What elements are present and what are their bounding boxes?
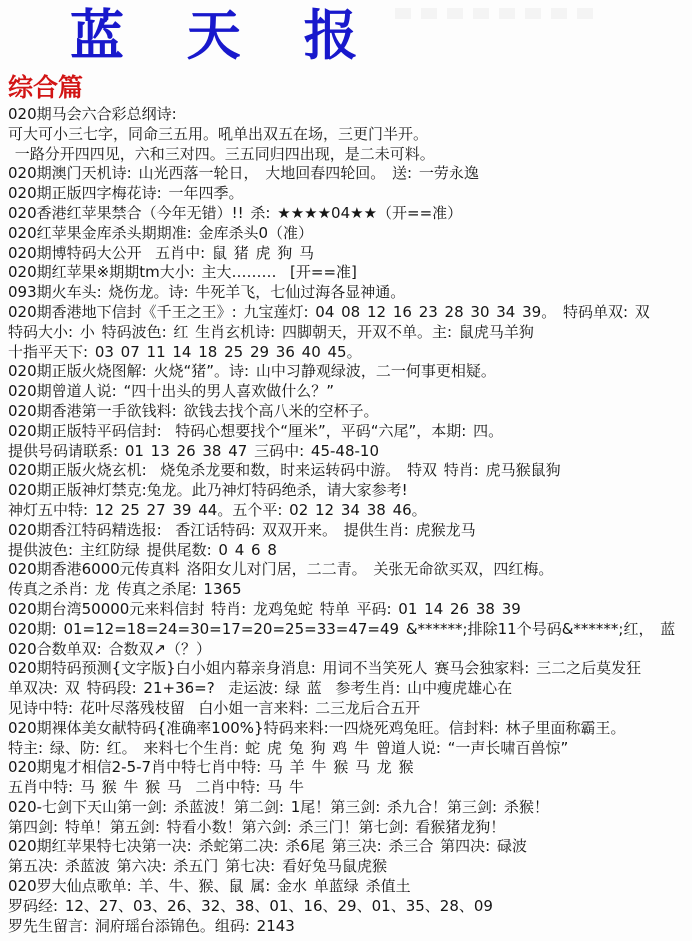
report-text-line: 020罗大仙点歌单: 羊、牛、猴、鼠 属: 金水 单蓝绿 杀值土 (8, 877, 692, 897)
report-text-line: 特码大小: 小 特码波色: 红 生肖玄机诗: 四脚朝天，开双不单。主: 鼠虎马羊… (8, 323, 692, 343)
report-body: 020期马会六合彩总纲诗:可大可小三七字，同命三五用。吼单出双五在场，三更门半开… (8, 105, 692, 936)
report-text-line: 十指平天下: 03 07 11 14 18 25 29 36 40 45。 (8, 343, 692, 363)
report-text-line: 020香港红苹果禁合（今年无错）!! 杀: ★★★★04★★（开==准） (8, 204, 692, 224)
report-text-line: 一路分开四四见，六和三对四。三五同归四出现，是二未可料。 (8, 145, 692, 165)
report-text-line: 第四剑: 特单！第五剑: 特看小数！第六剑: 杀三门！第七剑: 看猴猪龙狗！ (8, 818, 692, 838)
report-text-line: 020期香港第一手欲钱料: 欲钱去找个高八米的空杯子。 (8, 402, 692, 422)
report-text-line: 单双决: 双 特码段: 21+36=? 走运波: 绿 蓝 参考生肖: 山中瘦虎雄… (8, 679, 692, 699)
report-text-line: 020期正版火烧图解: 火烧“猪”。诗: 山中习静观绿波，二一何事更相疑。 (8, 362, 692, 382)
report-text-line: 020期马会六合彩总纲诗: (8, 105, 692, 125)
report-text-line: 传真之杀肖: 龙 传真之杀尾: 1365 (8, 580, 692, 600)
report-text-line: 020期红苹果※期期tm大小: 主大……… [开==准] (8, 263, 692, 283)
report-text-line: 020期台湾50000元来料信封 特肖: 龙鸡兔蛇 特单 平码: 01 14 2… (8, 600, 692, 620)
report-text-line: 罗码经: 12、27、03、26、32、38、01、16、29、01、35、28… (8, 897, 692, 917)
report-text-line: 第五决: 杀蓝波 第六决: 杀五门 第七决: 看好兔马鼠虎猴 (8, 857, 692, 877)
report-text-line: 提供波色: 主红防绿 提供尾数: 0 4 6 8 (8, 541, 692, 561)
report-text-line: 020期裸体美女献特码{准确率100%}特码来料:一四烧死鸡兔旺。信封料: 林子… (8, 719, 692, 739)
report-text-line: 神灯五中特: 12 25 27 39 44。五个平: 02 12 34 38 4… (8, 501, 692, 521)
report-text-line: 093期火车头: 烧伤龙。诗: 牛死羊飞，七仙过海各显神通。 (8, 283, 692, 303)
report-text-line: 罗先生留言: 洞府瑶台添锦色。组码: 2143 (8, 917, 692, 937)
report-text-line: 020期正版神灯禁克:兔龙。此乃神灯特码绝杀，请大家参考! (8, 481, 692, 501)
report-text-line: 020期香港6000元传真料 洛阳女儿对门居，二二青。 关张无命欲买双，四红梅。 (8, 560, 692, 580)
report-text-line: 020期正版四字梅花诗: 一年四季。 (8, 184, 692, 204)
report-text-line: 020期香江特码精选报: 香江话特码: 双双开来。 提供生肖: 虎猴龙马 (8, 521, 692, 541)
report-title: 蓝 天 报 (70, 4, 692, 66)
report-text-line: 020期正版特平码信封: 特码心想要找个“厘米”，平码“六尾”，本期: 四。 (8, 422, 692, 442)
lantian-report-page: 蓝 天 报 综合篇 020期马会六合彩总纲诗:可大可小三七字，同命三五用。吼单出… (0, 0, 692, 941)
report-text-line: 020期: 01=12=18=24=30=17=20=25=33=47=49 &… (8, 620, 692, 640)
report-text-line: 五肖中特: 马 猴 牛 猴 马 二肖中特: 马 牛 (8, 778, 692, 798)
section-header: 综合篇 (8, 74, 692, 101)
report-text-line: 020期博特码大公开 五肖中: 鼠 猪 虎 狗 马 (8, 244, 692, 264)
report-text-line: 020-七剑下天山第一剑: 杀蓝波！第二剑: 1尾！第三剑: 杀九合！第三剑: … (8, 798, 692, 818)
report-text-line: 020期正版火烧玄机: 烧兔杀龙要和数，时来运转码中游。 特双 特肖: 虎马猴鼠… (8, 461, 692, 481)
report-text-line: 020红苹果金库杀头期期准: 金库杀头0（准） (8, 224, 692, 244)
report-text-line: 020期香港地下信封《千王之王》: 九宝莲灯: 04 08 12 16 23 2… (8, 303, 692, 323)
report-text-line: 见诗中特: 花叶尽落残枝留 白小姐一言来料: 二三龙后合五开 (8, 699, 692, 719)
report-text-line: 提供号码请联系: 01 13 26 38 47 三码中: 45-48-10 (8, 442, 692, 462)
report-text-line: 020期特码预测{文字版}白小姐内幕亲身消息: 用词不当笑死人 赛马会独家料: … (8, 659, 692, 679)
report-text-line: 020期澳门天机诗: 山光西落一轮日， 大地回春四轮回。 送: 一劳永逸 (8, 164, 692, 184)
faint-print-artifact (395, 8, 595, 19)
report-text-line: 020期鬼才相信2-5-7肖中特七肖中特: 马 羊 牛 猴 马 龙 猴 (8, 758, 692, 778)
report-text-line: 020合数单双: 合数双↗（？） (8, 640, 692, 660)
report-text-line: 可大可小三七字，同命三五用。吼单出双五在场，三更门半开。 (8, 125, 692, 145)
report-text-line: 特主: 绿、防: 红。 来料七个生肖: 蛇 虎 兔 狗 鸡 牛 曾道人说: “一… (8, 739, 692, 759)
report-text-line: 020期曾道人说: “四十出头的男人喜欢做什么？” (8, 382, 692, 402)
report-text-line: 020期红苹果特七决第一决: 杀蛇第二决: 杀6尾 第三决: 杀三合 第四决: … (8, 837, 692, 857)
